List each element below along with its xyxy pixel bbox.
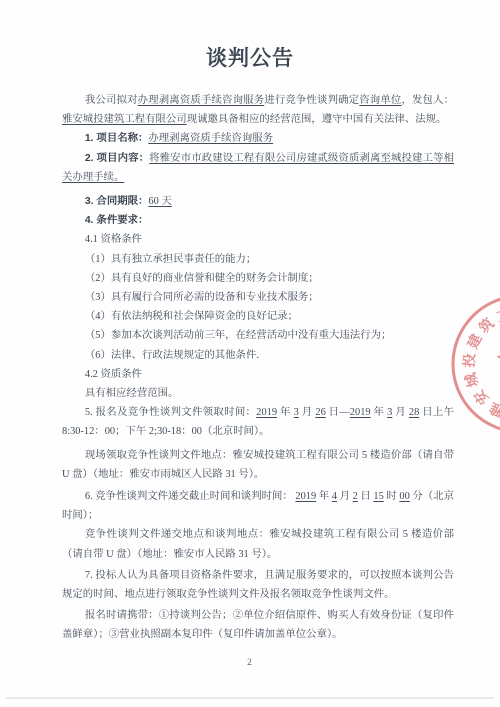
text-segment: 日 — [358, 491, 374, 502]
seal-char: 筑 — [476, 315, 497, 336]
underlined-text: 60 天 — [148, 196, 171, 207]
text-segment: 报名时请携带：①持谈判公告；②单位介绍信原件、购买人有效身份证（复印件盖鲜章）；… — [62, 610, 454, 640]
bold-label: 3. 合同期限： — [85, 196, 149, 207]
underlined-text: 00 — [399, 491, 409, 502]
text-segment: 4.2 资质条件 — [85, 369, 142, 380]
seal-char: 雅 — [487, 400, 500, 421]
condition-item-1: （1）具有独立承担民事责任的能力； — [62, 250, 454, 269]
document-title: 谈判公告 — [0, 46, 500, 71]
text-segment: （6）法律、行政法规规定的其他条件. — [85, 350, 259, 361]
text-segment: 7. 投标人认为具备项目资格条件要求，且满足服务要求的，可以按照本谈判公告规定的… — [62, 570, 454, 600]
text-segment: 年 — [316, 491, 332, 502]
text-segment: 我公司拟对 — [85, 95, 138, 106]
text-segment: （3）具有履行合同所必需的设备和专业技术服务； — [85, 292, 319, 303]
intro-paragraph: 我公司拟对办理剥离资质手续咨询服务进行竞争性谈判确定咨询单位，发包人：雅安城投建… — [62, 91, 454, 129]
submission-location-paragraph: 竞争性谈判文件递交地点和谈判地点：雅安城投建筑工程有限公司 5 楼造价部（请自带… — [62, 525, 454, 563]
item-bidder-note: 7. 投标人认为具备项目资格条件要求，且满足服务要求的，可以按照本谈判公告规定的… — [62, 566, 454, 604]
item-requirements: 4. 条件要求： — [62, 211, 454, 230]
pickup-location-paragraph: 现场领取竞争性谈判文件地点：雅安城投建筑工程有限公司 5 楼造价部（请自带 U … — [62, 446, 454, 484]
seal-text: 雅 安 城 投 建 筑 工 程 有 限 公 司 — [461, 304, 500, 420]
page-number: 2 — [0, 658, 500, 668]
document-page: 谈判公告 我公司拟对办理剥离资质手续咨询服务进行竞争性谈判确定咨询单位，发包人：… — [0, 0, 500, 707]
item-registration-time: 5. 报名及竞争性谈判文件领取时间：2019 年 3 月 26 日—2019 年… — [62, 403, 454, 441]
text-segment: 5. 报名及竞争性谈判文件领取时间： — [85, 407, 256, 418]
condition-item-5: （5）参加本次谈判活动前三年，在经营活动中没有重大违法行为； — [62, 326, 454, 345]
text-segment: 年 — [371, 407, 388, 418]
heading-aptitude-conditions: 4.2 资质条件 — [62, 365, 454, 384]
item-project-name: 1. 项目名称：办理剥离资质手续咨询服务 — [62, 129, 454, 148]
text-segment: ，发包人： — [401, 95, 454, 106]
bold-label: 1. 项目名称： — [85, 133, 149, 144]
text-segment: 进行竞争性谈判确定 — [264, 95, 359, 106]
seal-ring — [453, 296, 500, 432]
seal-group: 雅 安 城 投 建 筑 工 程 有 限 公 司 — [453, 296, 500, 432]
item-submission-deadline: 6. 竞争性谈判文件递交截止时间和谈判时间： 2019 年 4 月 2 日 15… — [62, 487, 454, 525]
text-segment: 日— — [326, 407, 350, 418]
text-segment: 月 — [299, 407, 316, 418]
condition-item-2: （2）具有良好的商业信誉和健全的财务会计制度； — [62, 269, 454, 288]
text-segment: （5）参加本次谈判活动前三年，在经营活动中没有重大违法行为； — [85, 330, 392, 341]
seal-char: 工 — [494, 305, 500, 325]
text-segment: （4）有依法纳税和社会保障资金的良好记录； — [85, 311, 298, 322]
text-segment: 月 — [337, 491, 353, 502]
text-segment: 6. 竞争性谈判文件递交截止时间和谈判时间： — [85, 491, 293, 502]
underlined-text: 2019 — [350, 407, 371, 418]
condition-item-4: （4）有依法纳税和社会保障资金的良好记录； — [62, 307, 454, 326]
text-segment: （2）具有良好的商业信誉和健全的财务会计制度； — [85, 273, 319, 284]
scan-edge-line — [6, 697, 494, 699]
document-body: 我公司拟对办理剥离资质手续咨询服务进行竞争性谈判确定咨询单位，发包人：雅安城投建… — [62, 91, 454, 645]
registration-checklist-paragraph: 报名时请携带：①持谈判公告；②单位介绍信原件、购买人有效身份证（复印件盖鲜章）；… — [62, 606, 454, 644]
underlined-text: 办理剥离资质手续咨询服务 — [138, 95, 265, 106]
underlined-text: 雅安城投建筑工程有限公司 — [62, 114, 187, 125]
condition-item-6: （6）法律、行政法规规定的其他条件. — [62, 346, 454, 365]
condition-item-3: （3）具有履行合同所必需的设备和专业技术服务； — [62, 288, 454, 307]
bold-label: 2. 项目内容： — [85, 153, 149, 164]
text-segment: 竞争性谈判文件递交地点和谈判地点：雅安城投建筑工程有限公司 5 楼造价部（请自带… — [62, 529, 454, 559]
text-segment: 现诚邀具备相应的经营范围，遵守中国有关法律、法规。 — [187, 114, 447, 125]
seal-char: 投 — [461, 353, 478, 368]
underlined-text: 15 — [373, 491, 383, 502]
underlined-text: 26 — [315, 407, 325, 418]
text-segment: 现场领取竞争性谈判文件地点：雅安城投建筑工程有限公司 5 楼造价部（请自带 U … — [62, 450, 454, 480]
seal-star — [496, 338, 500, 385]
underlined-text: 28 — [409, 407, 419, 418]
underlined-text: 办理剥离资质手续咨询服务 — [148, 133, 273, 144]
item-contract-period: 3. 合同期限：60 天 — [62, 192, 454, 211]
seal-char: 安 — [471, 387, 492, 408]
text-segment: 月 — [392, 407, 409, 418]
text-segment: 4.1 资格条件 — [85, 234, 142, 245]
underlined-text: 2019 — [295, 491, 316, 502]
text-segment: （1）具有独立承担民事责任的能力； — [85, 254, 256, 265]
heading-qualification-conditions: 4.1 资格条件 — [62, 230, 454, 249]
text-segment: 年 — [277, 407, 294, 418]
seal-char: 建 — [464, 331, 485, 351]
underlined-text: 2019 — [256, 407, 277, 418]
seal-char: 城 — [462, 370, 482, 389]
item-project-content: 2. 项目内容：将雅安市市政建设工程有限公司房建贰级资质剥离至城投建工等相关办理… — [62, 149, 454, 187]
text-segment: 具有相应经营范围。 — [85, 388, 179, 399]
company-seal-stamp: 雅 安 城 投 建 筑 工 程 有 限 公 司 — [450, 288, 500, 448]
underlined-text: 咨询单位 — [359, 95, 401, 106]
bold-label: 4. 条件要求： — [85, 215, 149, 226]
business-scope-line: 具有相应经营范围。 — [62, 384, 454, 403]
text-segment: 时 — [384, 491, 400, 502]
